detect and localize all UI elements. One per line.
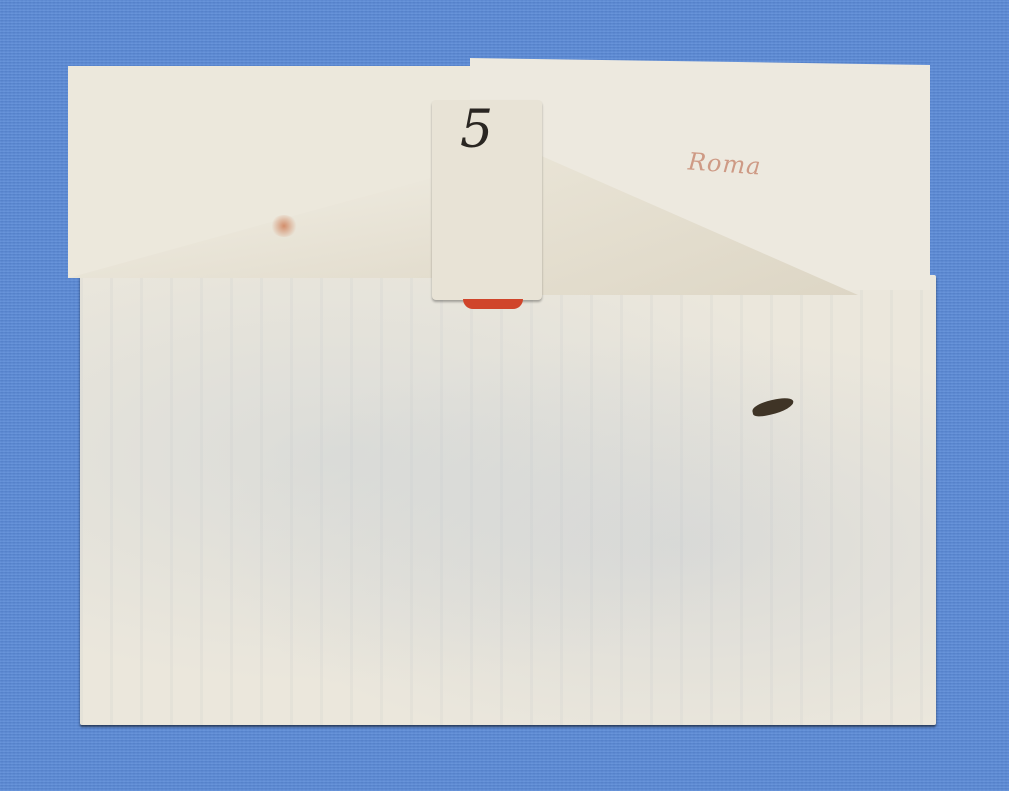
red-wax-seal [463,299,523,309]
red-stain [270,215,298,237]
manuscript-rate-mark: 5 [460,100,493,160]
show-through-handwriting [160,320,860,700]
red-town-postmark: Roma [687,147,762,180]
